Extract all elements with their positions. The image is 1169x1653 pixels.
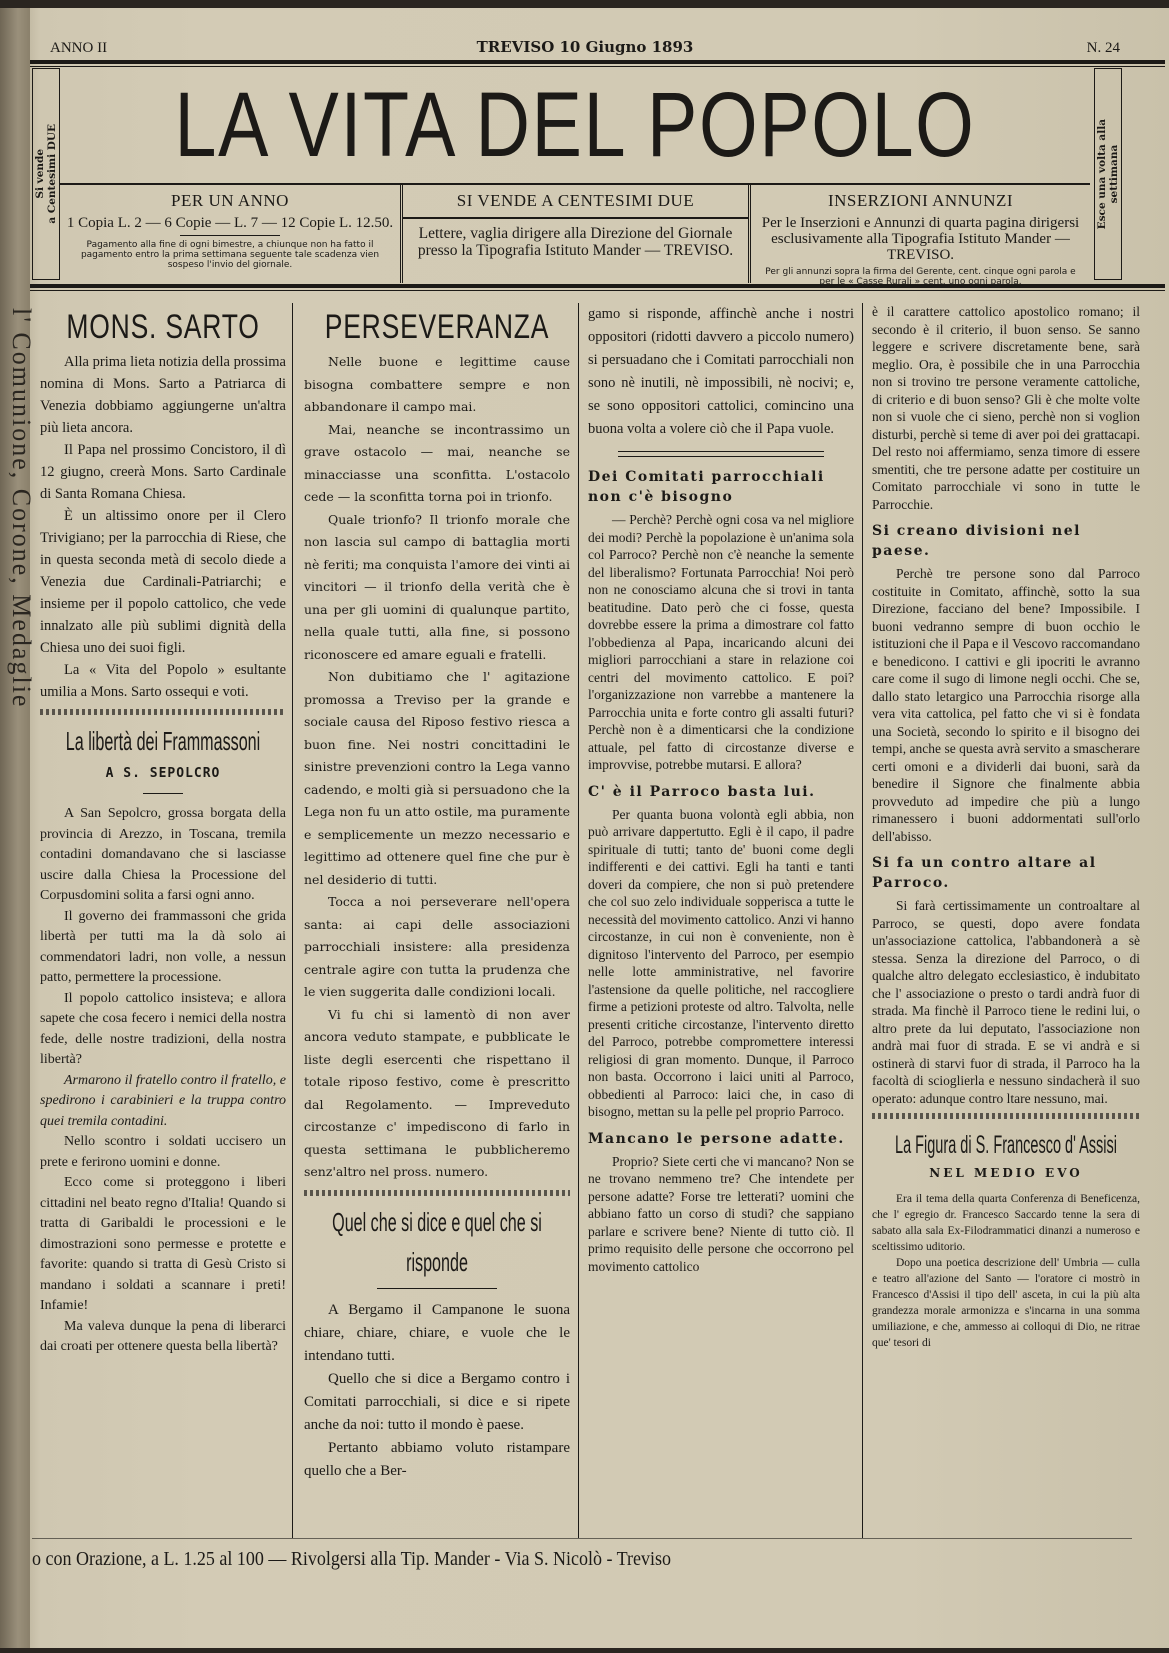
subscription-note: Pagamento alla fine di ogni bimestre, a … bbox=[60, 240, 400, 270]
binding-text: l' Comunione, Corone, Medaglie bbox=[6, 308, 36, 708]
paragraph: gamo si risponde, affinchè anche i nostr… bbox=[588, 303, 854, 441]
footer-rule bbox=[32, 1538, 1132, 1539]
wavy-divider bbox=[40, 709, 286, 715]
right-side-box: Esce una volta alla settimana bbox=[1094, 68, 1122, 280]
wavy-divider bbox=[304, 1190, 570, 1196]
price-box: SI VENDE A CENTESIMI DUE Lettere, vaglia… bbox=[403, 185, 751, 283]
divider bbox=[180, 235, 280, 236]
article-subtitle: NEL MEDIO EVO bbox=[872, 1165, 1140, 1183]
ads-heading: INSERZIONI ANNUNZI bbox=[751, 191, 1090, 211]
header-bottom-rule-thin bbox=[30, 290, 1165, 291]
paragraph: A Bergamo il Campanone le suona chiare, … bbox=[304, 1299, 570, 1368]
article-title-perseveranza: PERSEVERANZA bbox=[310, 303, 564, 351]
paragraph: Mai, neanche se incontrassimo un grave o… bbox=[304, 419, 570, 509]
wavy-divider bbox=[872, 1113, 1140, 1119]
masthead-rule bbox=[30, 60, 1165, 64]
masthead-rule-thin bbox=[30, 66, 1165, 67]
column-4: è il carattere cattolico apostolico roma… bbox=[872, 303, 1140, 1533]
paragraph: Ma valeva dunque la pena di liberarci da… bbox=[40, 1317, 286, 1358]
column-separator bbox=[862, 303, 863, 1538]
subscription-heading: PER UN ANNO bbox=[60, 191, 400, 211]
column-3: gamo si risponde, affinchè anche i nostr… bbox=[588, 303, 854, 1533]
section-heading: Si fa un contro altare al Parroco. bbox=[872, 853, 1140, 893]
issue-number: N. 24 bbox=[1087, 40, 1120, 57]
footer-advert: o con Orazione, a L. 1.25 al 100 — Rivol… bbox=[32, 1548, 671, 1571]
newspaper-title: LA VITA DEL POPOLO bbox=[153, 70, 998, 180]
paragraph: Si farà certissimamente un controaltare … bbox=[872, 897, 1140, 1107]
paragraph: Armarono il fratello contro il fratello,… bbox=[40, 1071, 286, 1133]
paragraph: Vi fu chi si lamentò di non aver ancora … bbox=[304, 1004, 570, 1184]
paragraph: Non dubitiamo che l' agitazione promossa… bbox=[304, 666, 570, 891]
paragraph: Il popolo cattolico insisteva; e allora … bbox=[40, 989, 286, 1071]
column-1: MONS. SARTO Alla prima lieta notizia del… bbox=[40, 303, 286, 1533]
masthead-top-line: ANNO II TREVISO 10 Giugno 1893 N. 24 bbox=[50, 36, 1120, 58]
subscription-prices: 1 Copia L. 2 — 6 Copie — L. 7 — 12 Copie… bbox=[60, 215, 400, 231]
price-body: Lettere, vaglia dirigere alla Direzione … bbox=[403, 225, 748, 259]
paragraph: è il carattere cattolico apostolico roma… bbox=[872, 303, 1140, 513]
paragraph: È un altissimo onore per il Clero Trivig… bbox=[40, 505, 286, 659]
info-row: PER UN ANNO 1 Copia L. 2 — 6 Copie — L. … bbox=[60, 183, 1090, 283]
price-heading: SI VENDE A CENTESIMI DUE bbox=[403, 191, 748, 211]
short-rule bbox=[143, 793, 183, 794]
left-side-text: Si vende a Centesimi DUE bbox=[34, 124, 58, 224]
subscription-box: PER UN ANNO 1 Copia L. 2 — 6 Copie — L. … bbox=[60, 185, 403, 283]
paragraph: Ecco come si proteggono i liberi cittadi… bbox=[40, 1173, 286, 1317]
paragraph: Per quanta buona volontà egli abbia, non… bbox=[588, 806, 854, 1121]
paragraph: Pertanto abbiamo voluto ristampare quell… bbox=[304, 1437, 570, 1483]
paragraph: A San Sepolcro, grossa borgata della pro… bbox=[40, 804, 286, 907]
section-heading: Dei Comitati parrocchiali non c'è bisogn… bbox=[588, 467, 854, 507]
paragraph: La « Vita del Popolo » esultante umilia … bbox=[40, 659, 286, 703]
divider bbox=[403, 217, 748, 219]
paragraph: Nelle buone e legittime cause bisogna co… bbox=[304, 351, 570, 419]
column-2: PERSEVERANZA Nelle buone e legittime cau… bbox=[304, 303, 570, 1533]
ads-body: Per le Inserzioni e Annunzi di quarta pa… bbox=[751, 215, 1090, 263]
short-rule bbox=[377, 1288, 497, 1289]
paragraph: — Perchè? Perchè ogni cosa va nel miglio… bbox=[588, 511, 854, 774]
paragraph: Quello che si dice a Bergamo contro i Co… bbox=[304, 1368, 570, 1437]
section-heading: Mancano le persone adatte. bbox=[588, 1129, 854, 1149]
section-heading: C' è il Parroco basta lui. bbox=[588, 782, 854, 802]
right-side-text: Esce una volta alla settimana bbox=[1096, 119, 1120, 229]
paragraph: Il Papa nel prossimo Concistoro, il dì 1… bbox=[40, 439, 286, 505]
section-heading: Si creano divisioni nel paese. bbox=[872, 521, 1140, 561]
double-rule bbox=[618, 451, 824, 457]
left-side-box: Si vende a Centesimi DUE bbox=[32, 68, 60, 280]
paragraph: Alla prima lieta notizia della prossima … bbox=[40, 351, 286, 439]
article-title-mons-sarto: MONS. SARTO bbox=[44, 303, 283, 351]
header-bottom-rule bbox=[30, 284, 1165, 288]
newspaper-page: l' Comunione, Corone, Medaglie ANNO II T… bbox=[0, 8, 1169, 1648]
paragraph: Era il tema della quarta Conferenza di B… bbox=[872, 1191, 1140, 1255]
ads-box: INSERZIONI ANNUNZI Per le Inserzioni e A… bbox=[751, 185, 1090, 283]
article-subtitle: A S. SEPOLCRO bbox=[40, 763, 286, 785]
paragraph: Dopo una poetica descrizione dell' Umbri… bbox=[872, 1255, 1140, 1351]
binding-spine: l' Comunione, Corone, Medaglie bbox=[0, 8, 30, 1648]
article-title-san-francesco: La Figura di S. Francesco d' Assisi bbox=[872, 1125, 1140, 1165]
paragraph: Perchè tre persone sono dal Parroco cost… bbox=[872, 565, 1140, 845]
dateline: TREVISO 10 Giugno 1893 bbox=[50, 38, 1120, 56]
paragraph: Nello scontro i soldati uccisero un pret… bbox=[40, 1132, 286, 1173]
paragraph: Proprio? Siete certi che vi mancano? Non… bbox=[588, 1153, 854, 1276]
paragraph: Quale trionfo? Il trionfo morale che non… bbox=[304, 509, 570, 667]
column-separator bbox=[292, 303, 293, 1538]
paragraph: Il governo dei frammassoni che grida lib… bbox=[40, 907, 286, 989]
paragraph: Tocca a noi perseverare nell'opera santa… bbox=[304, 891, 570, 1004]
article-title-liberta: La libertà dei Frammassoni bbox=[43, 721, 282, 761]
article-title-quel-che-si-dice: Quel che si dice e quel che si risponde bbox=[311, 1202, 563, 1282]
column-separator bbox=[578, 303, 579, 1538]
